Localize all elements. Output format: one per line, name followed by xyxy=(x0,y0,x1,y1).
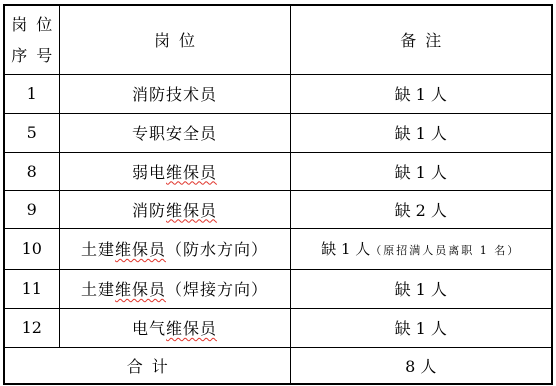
header-label-position: 岗位 xyxy=(154,31,204,50)
position-name-flagged: 维保员 xyxy=(166,319,217,338)
position-name: 消防技术员 xyxy=(132,85,217,104)
cell-position-no: 1 xyxy=(4,74,59,113)
position-name: 土建 xyxy=(81,280,115,299)
cell-position: 消防维保员 xyxy=(59,190,290,228)
cell-position-no: 9 xyxy=(4,190,59,228)
position-name: 弱电 xyxy=(132,163,166,182)
cell-position-no: 12 xyxy=(4,308,59,347)
document-page: 岗位 序号 岗位 备注 1 消防技术员 缺 1 人 5 专职安全员 缺 1 人 … xyxy=(0,0,556,386)
note-text: 缺 1 人 xyxy=(321,240,370,258)
position-no: 11 xyxy=(22,279,42,298)
cell-position: 土建维保员（防水方向） xyxy=(59,228,290,269)
cell-note: 缺 1 人 xyxy=(290,113,552,152)
position-no: 1 xyxy=(27,84,37,103)
cell-note: 缺 1 人 xyxy=(290,269,552,308)
table-row: 1 消防技术员 缺 1 人 xyxy=(4,74,552,113)
table-row: 11 土建维保员（焊接方向） 缺 1 人 xyxy=(4,269,552,308)
cell-position-no: 5 xyxy=(4,113,59,152)
cell-position: 土建维保员（焊接方向） xyxy=(59,269,290,308)
header-label-position-no-line1: 岗位 xyxy=(11,15,59,34)
cell-position-no: 8 xyxy=(4,152,59,190)
table-row: 12 电气维保员 缺 1 人 xyxy=(4,308,552,347)
staffing-vacancy-table: 岗位 序号 岗位 备注 1 消防技术员 缺 1 人 5 专职安全员 缺 1 人 … xyxy=(3,4,553,385)
table-row: 10 土建维保员（防水方向） 缺 1 人（原招满人员离职 1 名） xyxy=(4,228,552,269)
cell-position-no: 10 xyxy=(4,228,59,269)
cell-note: 缺 1 人 xyxy=(290,74,552,113)
position-no: 10 xyxy=(22,239,42,258)
cell-note: 缺 1 人 xyxy=(290,308,552,347)
note-detail-text: （原招满人员离职 1 名） xyxy=(370,244,520,257)
position-no: 8 xyxy=(27,162,37,181)
header-label-note: 备注 xyxy=(400,31,450,50)
header-label-position-no-line2: 序号 xyxy=(11,46,59,65)
position-no: 5 xyxy=(27,123,37,142)
position-name-suffix: （焊接方向） xyxy=(166,280,268,299)
cell-position-no: 11 xyxy=(4,269,59,308)
table-row: 8 弱电维保员 缺 1 人 xyxy=(4,152,552,190)
position-name: 专职安全员 xyxy=(132,124,217,143)
table-row: 5 专职安全员 缺 1 人 xyxy=(4,113,552,152)
note-text: 缺 1 人 xyxy=(395,280,447,299)
footer-cell-total-value: 8 人 xyxy=(290,347,552,384)
note-text: 缺 1 人 xyxy=(395,319,447,338)
note-text: 缺 2 人 xyxy=(395,201,447,220)
position-name-flagged: 维保员 xyxy=(166,163,217,182)
cell-position: 消防技术员 xyxy=(59,74,290,113)
header-cell-position: 岗位 xyxy=(59,5,290,74)
note-text: 缺 1 人 xyxy=(395,163,447,182)
header-cell-position-no: 岗位 序号 xyxy=(4,5,59,74)
position-name-flagged: 维保员 xyxy=(166,201,217,220)
cell-position: 电气维保员 xyxy=(59,308,290,347)
header-cell-note: 备注 xyxy=(290,5,552,74)
cell-position: 弱电维保员 xyxy=(59,152,290,190)
footer-row: 合计 8 人 xyxy=(4,347,552,384)
table-row: 9 消防维保员 缺 2 人 xyxy=(4,190,552,228)
position-name-suffix: （防水方向） xyxy=(166,240,268,259)
note-text: 缺 1 人 xyxy=(395,85,447,104)
position-no: 9 xyxy=(27,200,37,219)
position-name-flagged: 维保员 xyxy=(115,240,166,259)
position-name: 电气 xyxy=(132,319,166,338)
footer-cell-total-label: 合计 xyxy=(4,347,290,384)
cell-note: 缺 1 人 xyxy=(290,152,552,190)
cell-note: 缺 2 人 xyxy=(290,190,552,228)
total-value: 8 人 xyxy=(405,357,436,376)
position-name-flagged: 维保员 xyxy=(115,280,166,299)
note-text: 缺 1 人 xyxy=(395,124,447,143)
cell-note: 缺 1 人（原招满人员离职 1 名） xyxy=(290,228,552,269)
position-name: 消防 xyxy=(132,201,166,220)
header-row: 岗位 序号 岗位 备注 xyxy=(4,5,552,74)
total-label: 合计 xyxy=(127,357,177,376)
cell-position: 专职安全员 xyxy=(59,113,290,152)
position-name: 土建 xyxy=(81,240,115,259)
position-no: 12 xyxy=(22,318,42,337)
